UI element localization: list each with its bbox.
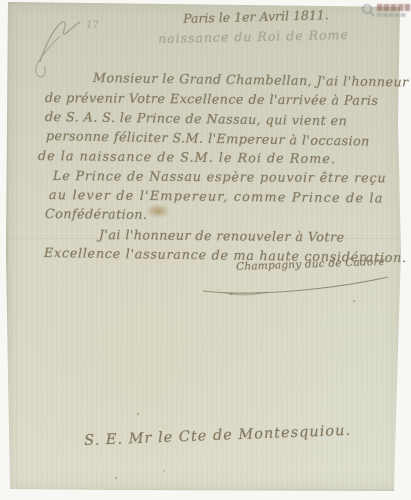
magnifier-icon [361, 3, 375, 17]
watermark-text-blur [377, 3, 410, 17]
handwriting-layer: 17 Paris le 1er Avril 1811. naissance du… [0, 0, 411, 500]
body-line: personne féliciter S.M. l'Empereur à l'o… [46, 131, 370, 149]
body-line: de prévenir Votre Excellence de l'arrivé… [45, 93, 379, 109]
paper-speck [115, 477, 117, 479]
body-line: Le Prince de Nassau espère pouvoir être … [53, 171, 387, 186]
body-line: Monsieur le Grand Chambellan, J'ai l'hon… [93, 73, 409, 90]
paper-speck [137, 413, 139, 415]
body-line: de la naissance de S.M. le Roi de Rome. [38, 151, 336, 167]
watermark-text-row-1 [377, 4, 410, 11]
recipient-address-line: S. E. Mr le Cte de Montesquiou. [84, 424, 351, 449]
closing-line: J'ai l'honneur de renouveler à Votre [99, 230, 345, 245]
paper-speck [353, 300, 355, 302]
paper-speck [163, 470, 165, 472]
watermark-text-row-2 [377, 13, 407, 17]
body-line: Confédération. [45, 209, 148, 223]
letter-photograph: 17 Paris le 1er Avril 1811. naissance du… [0, 0, 411, 500]
signature-flourish [195, 270, 395, 298]
ink-stain [146, 204, 170, 218]
body-line: de S. A. S. le Prince de Nassau, qui vie… [45, 112, 347, 129]
paper-speck [230, 293, 232, 295]
watermark [361, 3, 410, 17]
letter-dateline: Paris le 1er Avril 1811. [183, 9, 329, 25]
corner-note-number: 17 [86, 20, 99, 31]
body-line: au lever de l'Empereur, comme Prince de … [49, 190, 384, 206]
pencil-annotation: naissance du Roi de Rome [158, 29, 349, 45]
